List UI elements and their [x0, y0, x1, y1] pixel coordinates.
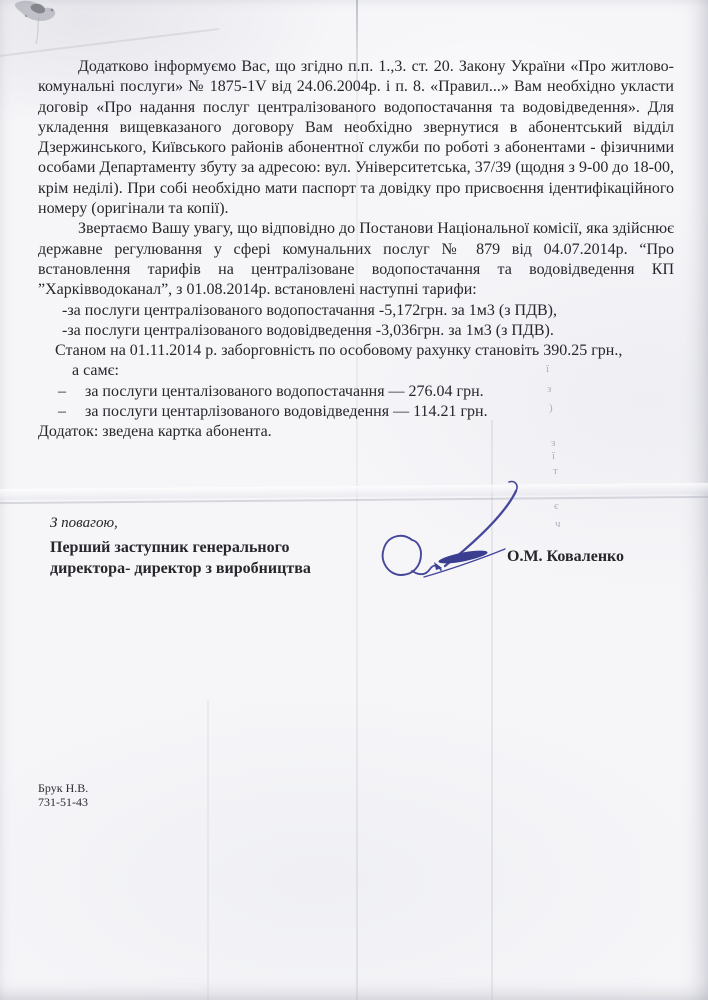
debt-item-text: за послуги центалізованого водопостачанн…	[85, 383, 484, 400]
namely-line: а самє:	[38, 361, 674, 381]
scan-ghost-mark: з	[547, 383, 551, 395]
executor-name: Брук Н.В.	[38, 781, 88, 795]
signer-title-line-1: Перший заступник генерального	[50, 537, 311, 558]
scanned-letter-page: Додатково інформуємо Вас, що згідно п.п.…	[0, 0, 708, 1000]
scan-ghost-mark: ї	[552, 450, 555, 462]
debt-total-line: Станом на 01.11.2014 р. заборговність по…	[38, 341, 674, 361]
signer-title-line-2: директора- директор з виробництва	[50, 558, 311, 579]
fold-crease-horizontal-band	[0, 483, 708, 500]
debt-item-sewerage: –за послуги центарлізованого водовідведе…	[38, 402, 674, 422]
paragraph-tariff-resolution: Звертаємо Вашу увагу, що відповідно до П…	[38, 219, 674, 300]
corner-smudge-mark	[8, 0, 80, 48]
letter-body: Додатково інформуємо Вас, що згідно п.п.…	[38, 57, 674, 443]
tariff-line-sewerage: -за послуги централізованого водовідведе…	[38, 321, 674, 341]
executor-contact: Брук Н.В. 731-51-43	[38, 781, 88, 809]
closing-salutation: З повагою,	[50, 513, 311, 534]
closing-block: З повагою, Перший заступник генерального…	[50, 513, 311, 579]
scan-ghost-mark: т	[553, 465, 558, 477]
paragraph-legal-basis: Додатково інформуємо Вас, що згідно п.п.…	[38, 57, 674, 219]
list-dash: –	[58, 402, 85, 422]
scan-ghost-mark: ї	[546, 363, 549, 375]
list-dash: –	[58, 382, 85, 402]
scan-ghost-mark: )	[549, 402, 553, 414]
fold-crease-horizontal-line	[0, 496, 708, 504]
signature-ink	[368, 478, 533, 588]
debt-item-text: за послуги центарлізованого водовідведен…	[85, 403, 488, 420]
fold-crease-vertical-3	[207, 700, 209, 1000]
tariff-line-water-supply: -за послуги централізованого водопостача…	[38, 301, 674, 321]
signer-name: О.М. Коваленко	[507, 548, 624, 566]
scan-ghost-mark: з	[551, 437, 555, 449]
scan-ghost-mark: ч	[555, 518, 561, 530]
executor-phone: 731-51-43	[38, 795, 88, 809]
debt-item-water-supply: –за послуги центалізованого водопостачан…	[38, 382, 674, 402]
scan-ghost-mark: є	[554, 500, 559, 512]
attachment-line: Додаток: зведена картка абонента.	[38, 422, 674, 442]
